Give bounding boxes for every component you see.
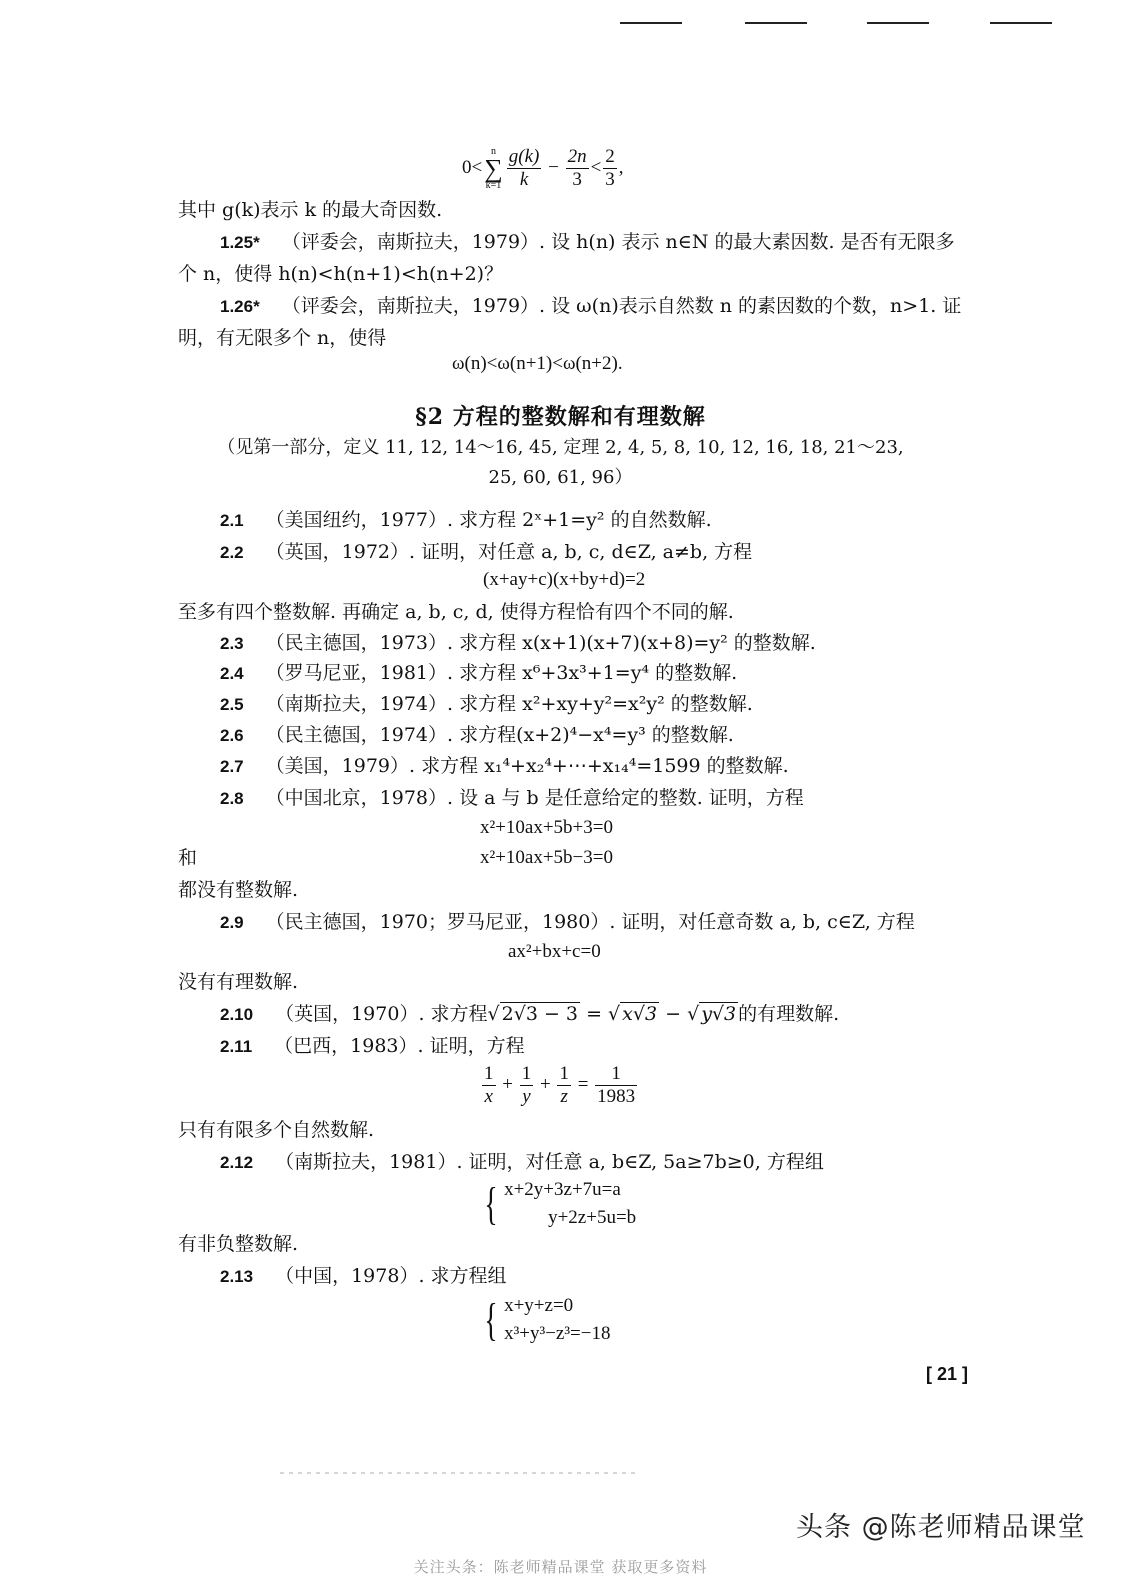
- section-refs-line2: 25, 60, 61, 96）: [0, 466, 1121, 490]
- problem-number: 2.9: [220, 913, 244, 932]
- problem-2-5: 2.5（南斯拉夫，1974）. 求方程 x²+xy+y²=x²y² 的整数解.: [220, 692, 753, 717]
- document-page: 0<n∑k=1g(k)k − 2n3<23, 其中 g(k)表示 k 的最大奇因…: [0, 0, 1121, 1587]
- problem-number: 2.8: [220, 789, 244, 808]
- system-eq-2: x³+y³−z³=−18: [504, 1320, 610, 1348]
- problem-text: 的有理数解.: [738, 1003, 839, 1025]
- denominator: 3: [603, 169, 617, 191]
- problem-number: 1.25*: [220, 233, 260, 252]
- problem-2-2-after: 至多有四个整数解. 再确定 a, b, c, d, 使得方程恰有四个不同的解.: [178, 600, 734, 624]
- problem-text: （中国北京，1978）. 设 a 与 b 是任意给定的整数. 证明，方程: [266, 787, 804, 809]
- problem-number: 2.12: [220, 1153, 253, 1172]
- fraction: 1y: [520, 1063, 534, 1108]
- problem-number: 2.7: [220, 757, 244, 776]
- header-rule: [745, 22, 807, 24]
- fraction: 11983: [595, 1063, 637, 1108]
- operator: +: [502, 1074, 513, 1095]
- operator: −: [665, 1003, 681, 1025]
- problem-text: （英国，1972）. 证明，对任意 a, b, c, d∈Z, a≠b, 方程: [266, 541, 753, 563]
- problem-number: 2.2: [220, 543, 244, 562]
- problem-2-8-after: 都没有整数解.: [178, 878, 298, 902]
- numerator: g(k): [509, 146, 540, 167]
- problem-2-3: 2.3（民主德国，1973）. 求方程 x(x+1)(x+7)(x+8)=y² …: [220, 631, 816, 656]
- problem-2-10: 2.10（英国，1970）. 求方程√2√3 − 3 = √x√3 − √y√3…: [220, 1002, 839, 1027]
- radicand: x√3: [620, 1002, 659, 1025]
- problem-number: 2.6: [220, 726, 244, 745]
- scan-artifact: [280, 1472, 640, 1474]
- brace-icon: {: [484, 1179, 497, 1229]
- section-title: §2 方程的整数解和有理数解: [0, 400, 1121, 431]
- problem-number: 2.5: [220, 695, 244, 714]
- formula-lhs: 0<: [462, 157, 482, 178]
- problem-text: （英国，1970）. 求方程: [275, 1003, 487, 1025]
- equation: x²+10ax+5b+3=0: [480, 816, 613, 840]
- page-number: [ 21 ]: [926, 1364, 968, 1385]
- problem-text: （美国，1979）. 求方程 x₁⁴+x₂⁴+⋯+x₁₄⁴=1599 的整数解.: [266, 755, 789, 777]
- problem-text: （民主德国，1974）. 求方程(x+2)⁴−x⁴=y³ 的整数解.: [266, 724, 734, 746]
- problem-2-12: 2.12（南斯拉夫，1981）. 证明，对任意 a, b∈Z, 5a≥7b≥0,…: [220, 1150, 824, 1175]
- fraction: 1z: [557, 1063, 571, 1108]
- denominator: 1983: [595, 1086, 637, 1108]
- watermark-footer: 关注头条：陈老师精品课堂 获取更多资料: [0, 1556, 1121, 1577]
- omega-formula: ω(n)<ω(n+1)<ω(n+2).: [452, 352, 623, 376]
- numerator: 1: [520, 1063, 534, 1086]
- system-eq-1: x+y+z=0: [504, 1292, 610, 1320]
- denominator: y: [522, 1086, 530, 1107]
- equation-system: {x+y+z=0x³+y³−z³=−18: [480, 1292, 610, 1348]
- reciprocal-equation: 1x + 1y + 1z = 11983: [480, 1063, 639, 1108]
- problem-text: （评委会，南斯拉夫，1979）. 设 ω(n)表示自然数 n 的素因数的个数，n…: [282, 295, 962, 317]
- numerator: 1: [595, 1063, 637, 1086]
- problem-number: 2.1: [220, 511, 244, 530]
- problem-number: 2.3: [220, 634, 244, 653]
- summation: n∑k=1: [484, 147, 503, 191]
- header-rule: [620, 22, 682, 24]
- problem-text: （南斯拉夫，1981）. 证明，对任意 a, b∈Z, 5a≥7b≥0, 方程组: [275, 1151, 824, 1173]
- problem-number: 2.4: [220, 664, 244, 683]
- fraction: 23: [603, 146, 617, 191]
- denominator: x: [485, 1086, 493, 1107]
- problem-2-11: 2.11（巴西，1983）. 证明，方程: [220, 1034, 525, 1059]
- problem-number: 2.10: [220, 1005, 253, 1024]
- header-rule: [867, 22, 929, 24]
- problem-2-9-after: 没有有理数解.: [178, 970, 298, 994]
- problem-text: （巴西，1983）. 证明，方程: [274, 1035, 524, 1057]
- equation: ax²+bx+c=0: [508, 940, 601, 964]
- problem-2-2: 2.2（英国，1972）. 证明，对任意 a, b, c, d∈Z, a≠b, …: [220, 540, 752, 565]
- operator: =: [578, 1074, 589, 1095]
- operator: =: [586, 1003, 602, 1025]
- sqrt-sign: √: [488, 1003, 500, 1025]
- fraction: 2n3: [566, 146, 589, 191]
- problem-2-7: 2.7（美国，1979）. 求方程 x₁⁴+x₂⁴+⋯+x₁₄⁴=1599 的整…: [220, 754, 789, 779]
- punctuation: ,: [619, 157, 624, 178]
- problem-2-9: 2.9（民主德国，1970；罗马尼亚，1980）. 证明，对任意奇数 a, b,…: [220, 910, 915, 935]
- system-eq-2: y+2z+5u=b: [504, 1204, 636, 1232]
- operator: +: [540, 1074, 551, 1095]
- equation: (x+ay+c)(x+by+d)=2: [483, 568, 645, 592]
- sum-inequality-formula: 0<n∑k=1g(k)k − 2n3<23,: [462, 146, 624, 191]
- problem-1-26-cont: 明，有无限多个 n，使得: [178, 326, 386, 350]
- sqrt-sign: √: [687, 1003, 699, 1025]
- radicand: 2√3 − 3: [500, 1002, 580, 1025]
- denominator: k: [520, 169, 528, 190]
- problem-number: 2.11: [220, 1037, 252, 1056]
- and-label: 和: [178, 846, 197, 870]
- problem-1-25-cont: 个 n，使得 h(n)<h(n+1)<h(n+2)？: [178, 262, 503, 286]
- problem-text: （美国纽约，1977）. 求方程 2ˣ+1=y² 的自然数解.: [266, 509, 712, 531]
- sqrt-sign: √: [608, 1003, 620, 1025]
- problem-2-8: 2.8（中国北京，1978）. 设 a 与 b 是任意给定的整数. 证明，方程: [220, 786, 804, 811]
- problem-text: （民主德国，1970；罗马尼亚，1980）. 证明，对任意奇数 a, b, c∈…: [266, 911, 915, 933]
- problem-2-4: 2.4（罗马尼亚，1981）. 求方程 x⁶+3x³+1=y⁴ 的整数解.: [220, 661, 737, 686]
- problem-text: （南斯拉夫，1974）. 求方程 x²+xy+y²=x²y² 的整数解.: [266, 693, 753, 715]
- header-rule: [990, 22, 1052, 24]
- problem-number: 2.13: [220, 1267, 253, 1286]
- radicand: y√3: [699, 1002, 738, 1025]
- denominator: z: [560, 1086, 567, 1107]
- problem-2-6: 2.6（民主德国，1974）. 求方程(x+2)⁴−x⁴=y³ 的整数解.: [220, 723, 734, 748]
- operator: −: [548, 157, 559, 178]
- fraction: g(k)k: [507, 146, 542, 191]
- problem-text: （中国，1978）. 求方程组: [275, 1265, 506, 1287]
- problem-2-1: 2.1（美国纽约，1977）. 求方程 2ˣ+1=y² 的自然数解.: [220, 508, 712, 533]
- fraction: 1x: [482, 1063, 496, 1108]
- numerator: 2n: [568, 146, 587, 167]
- problem-text: （罗马尼亚，1981）. 求方程 x⁶+3x³+1=y⁴ 的整数解.: [266, 662, 738, 684]
- problem-1-25: 1.25*（评委会，南斯拉夫，1979）. 设 h(n) 表示 n∈N 的最大素…: [220, 230, 955, 255]
- brace-icon: {: [484, 1295, 497, 1345]
- denominator: 3: [566, 169, 589, 191]
- gk-definition: 其中 g(k)表示 k 的最大奇因数.: [178, 198, 442, 222]
- equation-system: {x+2y+3z+7u=ay+2z+5u=b: [480, 1176, 636, 1232]
- numerator: 1: [482, 1063, 496, 1086]
- numerator: 2: [603, 146, 617, 169]
- numerator: 1: [557, 1063, 571, 1086]
- problem-2-11-after: 只有有限多个自然数解.: [178, 1118, 374, 1142]
- watermark-brand: 头条 @陈老师精品课堂: [796, 1505, 1086, 1544]
- problem-1-26: 1.26*（评委会，南斯拉夫，1979）. 设 ω(n)表示自然数 n 的素因数…: [220, 294, 961, 319]
- operator: <: [591, 157, 602, 178]
- problem-2-12-after: 有非负整数解.: [178, 1232, 298, 1256]
- section-refs-line1: （见第一部分，定义 11, 12, 14～16, 45, 定理 2, 4, 5,…: [0, 436, 1121, 460]
- problem-text: （评委会，南斯拉夫，1979）. 设 h(n) 表示 n∈N 的最大素因数. 是…: [282, 231, 955, 253]
- equation: x²+10ax+5b−3=0: [480, 846, 613, 870]
- problem-text: （民主德国，1973）. 求方程 x(x+1)(x+7)(x+8)=y² 的整数…: [266, 632, 816, 654]
- system-eq-1: x+2y+3z+7u=a: [504, 1176, 636, 1204]
- problem-number: 1.26*: [220, 297, 260, 316]
- problem-2-13: 2.13（中国，1978）. 求方程组: [220, 1264, 507, 1289]
- sigma: ∑: [484, 157, 503, 181]
- sum-lower: k=1: [484, 181, 503, 191]
